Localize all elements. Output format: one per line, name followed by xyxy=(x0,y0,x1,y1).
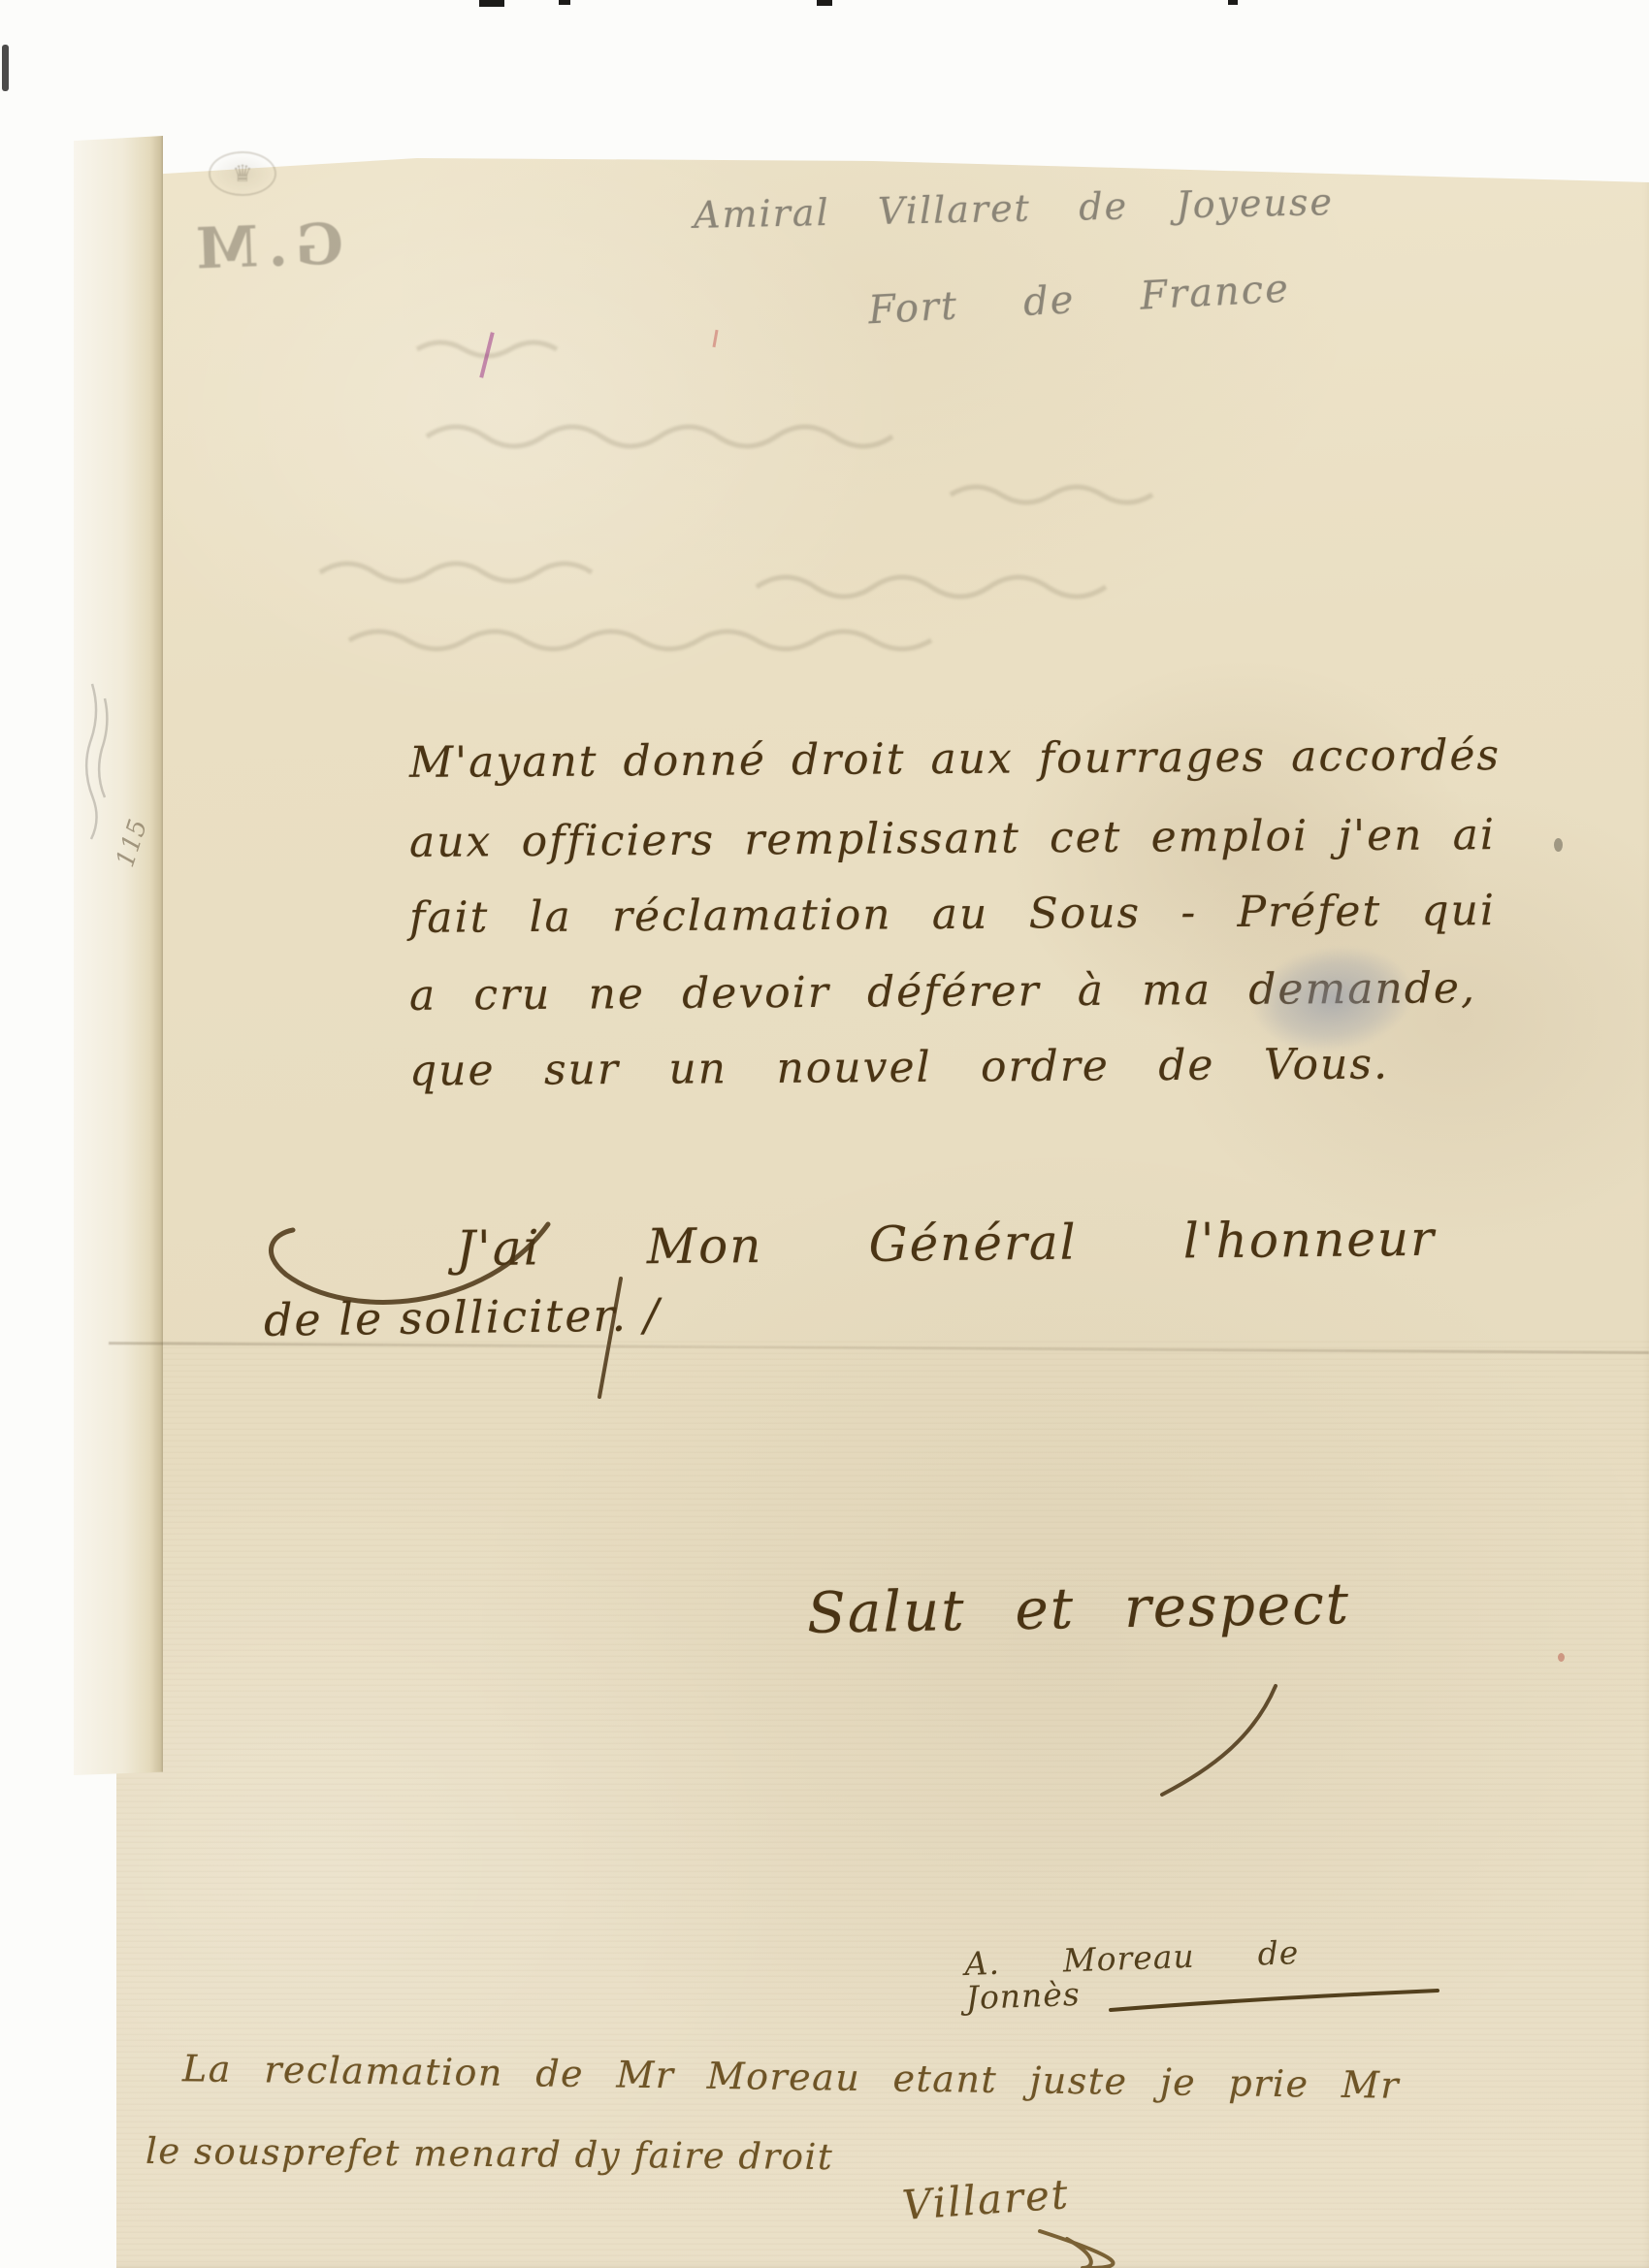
salutation: Salut et respect xyxy=(807,1574,1351,1643)
body-line: fait la réclamation au Sous - Préfet qui xyxy=(409,889,1496,941)
left-page-edge xyxy=(74,136,163,1775)
letter-paper xyxy=(0,0,1649,2268)
body-line: aux officiers remplissant cet emploi j'e… xyxy=(409,813,1496,865)
paper-speck xyxy=(1554,838,1563,852)
author-signature: A. Moreau de Jonnès xyxy=(964,1936,1301,2015)
red-speck xyxy=(1558,1653,1565,1662)
crown-embossed-stamp-icon: ♛ xyxy=(209,151,276,196)
scanner-artifact xyxy=(1228,0,1238,5)
scanner-artifact xyxy=(817,0,832,6)
closing-line: J'ai Mon Général l'honneur xyxy=(456,1214,1436,1275)
closing-line: de le solliciter. / xyxy=(264,1291,662,1344)
scanner-artifact xyxy=(2,45,9,91)
scanner-artifact xyxy=(559,0,570,5)
apostille-line: le sousprefet menard dy faire droit xyxy=(145,2133,834,2177)
scanned-letter-page: ♛ G.M Amiral Villaret de Joyeuse Fort de… xyxy=(0,0,1649,2268)
body-line: M'ayant donné droit aux fourrages accord… xyxy=(409,733,1501,786)
embossed-monogram: G.M xyxy=(181,211,348,282)
scanner-artifact xyxy=(479,0,504,7)
body-line: que sur un nouvel ordre de Vous. xyxy=(409,1042,1389,1093)
apostille-signature: Villaret xyxy=(901,2173,1071,2227)
